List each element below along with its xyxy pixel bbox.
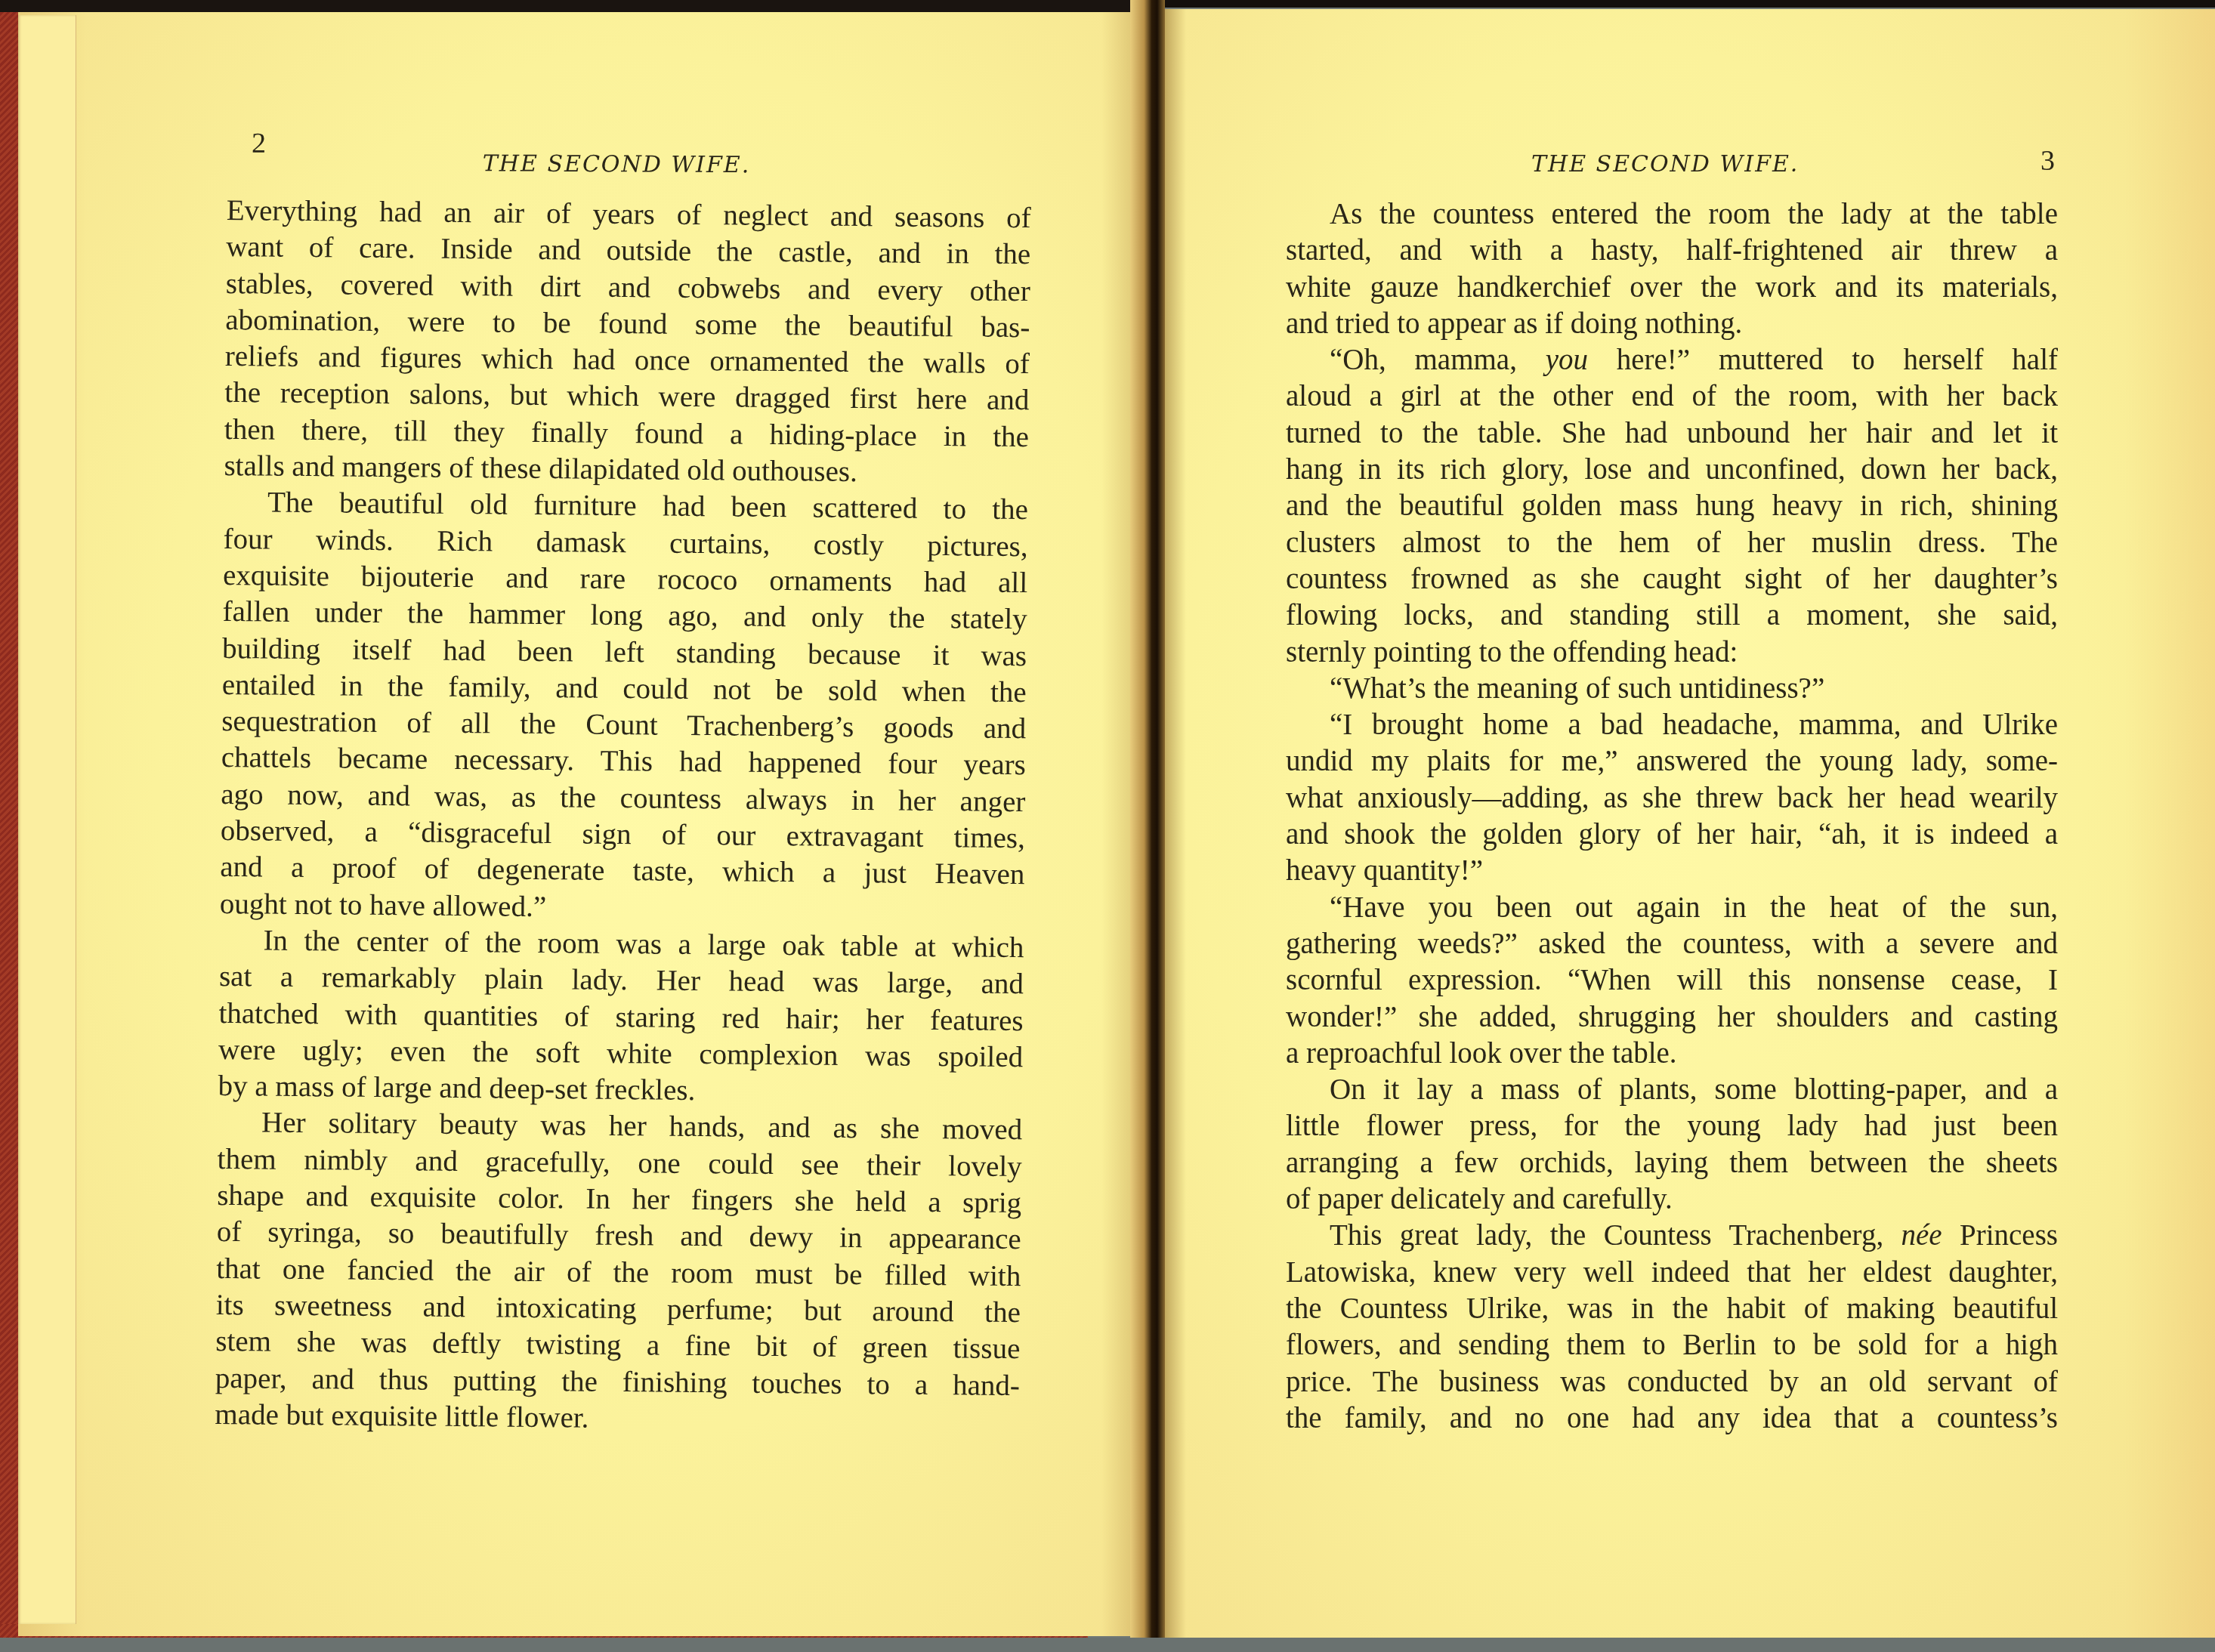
text-line: Latowiska, knew very well indeed that he… <box>1286 1255 2058 1291</box>
text-line: sternly pointing to the offending head: <box>1286 635 2058 671</box>
book-spine-gutter <box>1130 0 1165 1652</box>
text-line: heavy quantity!” <box>1286 853 2058 889</box>
text-line: the Countess Ulrike, was in the habit of… <box>1286 1291 2058 1327</box>
text-line: This great lady, the Countess Trachenber… <box>1286 1218 2058 1254</box>
text-line: “I brought home a bad headache, mamma, a… <box>1286 707 2058 743</box>
left-page-flyleaf-edge <box>18 15 76 1624</box>
text-line: of paper delicately and carefully. <box>1286 1181 2058 1218</box>
page-number-left: 2 <box>252 127 266 160</box>
right-page-body-text: As the countess entered the room the lad… <box>1286 196 2058 1437</box>
text-line: and the beautiful golden mass hung heavy… <box>1286 488 2058 524</box>
running-head-left: THE SECOND WIFE. <box>483 150 751 178</box>
scan-top-border-left <box>0 0 1156 12</box>
text-line: and shook the golden glory of her hair, … <box>1286 817 2058 853</box>
text-line: countess frowned as she caught sight of … <box>1286 561 2058 597</box>
text-line: “Have you been out again in the heat of … <box>1286 890 2058 926</box>
text-line: and tried to appear as if doing nothing. <box>1286 306 2058 342</box>
text-line: started, and with a hasty, half-frighten… <box>1286 233 2058 269</box>
text-line: the family, and no one had any idea that… <box>1286 1400 2058 1437</box>
text-line: little flower press, for the young lady … <box>1286 1108 2058 1144</box>
text-line: turned to the table. She had unbound her… <box>1286 415 2058 452</box>
text-line: aloud a girl at the other end of the roo… <box>1286 378 2058 415</box>
page-number-right: 3 <box>2040 144 2055 178</box>
text-line: undid my plaits for me,” answered the yo… <box>1286 743 2058 780</box>
text-line: a reproachful look over the table. <box>1286 1036 2058 1072</box>
scan-top-border-right <box>1156 0 2215 8</box>
italic-word: née <box>1901 1219 1942 1252</box>
left-page-body-text: Everything had an air of years of neglec… <box>215 193 1031 1440</box>
italic-word: you <box>1546 344 1588 376</box>
text-line: arranging a few orchids, laying them bet… <box>1286 1145 2058 1181</box>
text-line: white gauze handkerchief over the work a… <box>1286 270 2058 306</box>
running-head-right: THE SECOND WIFE. <box>1531 151 1799 178</box>
text-line: scornful expression. “When will this non… <box>1286 962 2058 999</box>
text-line: price. The business was conducted by an … <box>1286 1364 2058 1400</box>
text-line: “What’s the meaning of such untidiness?” <box>1286 671 2058 707</box>
text-line: As the countess entered the room the lad… <box>1286 196 2058 233</box>
text-line: flowers, and sending them to Berlin to b… <box>1286 1327 2058 1363</box>
text-line: hang in its rich glory, lose and unconfi… <box>1286 452 2058 488</box>
scan-bottom-border <box>0 1638 2215 1652</box>
text-line: flowing locks, and standing still a mome… <box>1286 597 2058 634</box>
text-line: clusters almost to the hem of her muslin… <box>1286 525 2058 561</box>
text-line: wonder!” she added, shrugging her should… <box>1286 999 2058 1036</box>
text-line: made but exquisite little flower. <box>215 1397 1019 1441</box>
text-line: “Oh, mamma, you here!” muttered to herse… <box>1286 342 2058 378</box>
book-spread-scan: 2 THE SECOND WIFE. THE SECOND WIFE. 3 Ev… <box>0 0 2215 1652</box>
text-line: what anxiously—adding, as she threw back… <box>1286 780 2058 817</box>
text-line: On it lay a mass of plants, some blottin… <box>1286 1072 2058 1108</box>
text-line: gathering weeds?” asked the countess, wi… <box>1286 926 2058 962</box>
